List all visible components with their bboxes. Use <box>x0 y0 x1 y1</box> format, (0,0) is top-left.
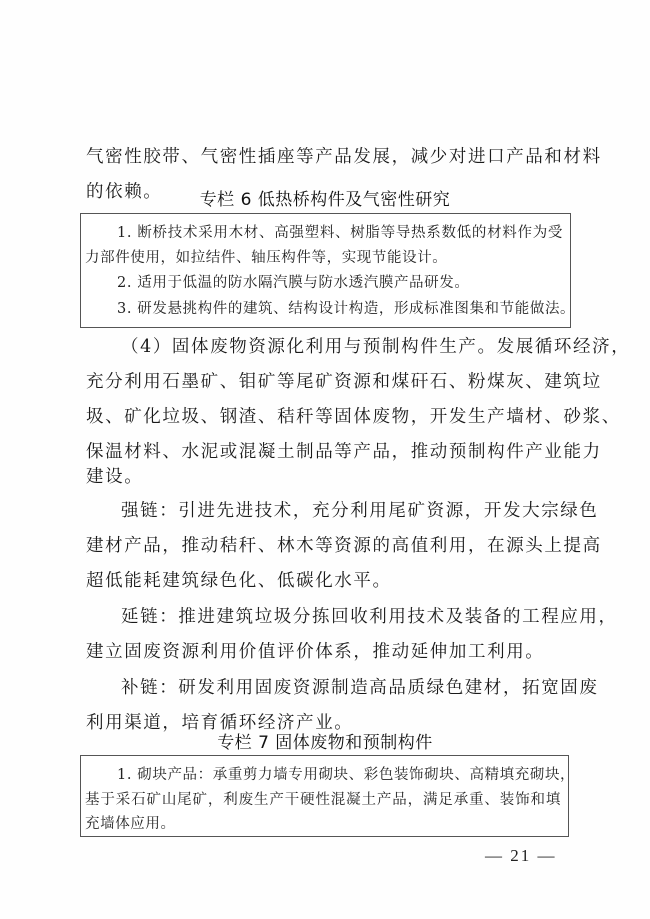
box7-title: 专栏 7 固体废物和预制构件 <box>0 732 650 754</box>
box7-frame: 1. 砌块产品：承重剪力墙专用砌块、彩色装饰砌块、高精填充砌块， 基于采石矿山尾… <box>80 755 569 837</box>
box6-item-3: 3. 研发悬挑构件的建筑、结构设计构造，形成标准图集和节能做法。 <box>117 300 563 318</box>
box6-item-1-line-2: 力部件使用，如拉结件、轴压构件等，实现节能设计。 <box>85 249 447 267</box>
paragraph-line: 气密性胶带、气密性插座等产品发展，减少对进口产品和材料 <box>86 146 566 168</box>
box6-item-2: 2. 适用于低温的防水隔汽膜与防水透汽膜产品研发。 <box>117 274 469 292</box>
page-number: — 21 — <box>485 846 557 866</box>
box7-item-1-line-2: 基于采石矿山尾矿，利废生产干硬性混凝土产品，满足承重、装饰和填 <box>85 791 561 809</box>
box6-item-1-line-1: 1. 断桥技术采用木材、高强塑料、树脂等导热系数低的材料作为受 <box>117 224 563 242</box>
extend-chain-line-1: 延链：推进建筑垃圾分拣回收利用技术及装备的工程应用， <box>121 606 566 628</box>
box7-item-1-line-1: 1. 砌块产品：承重剪力墙专用砌块、彩色装饰砌块、高精填充砌块， <box>117 766 561 784</box>
section4-line-3: 圾、矿化垃圾、钢渣、秸秆等固体废物，开发生产墙材、砂浆、 <box>86 406 566 428</box>
section4-line-5: 建设。 <box>86 466 566 488</box>
box7-item-1-line-3: 充墙体应用。 <box>85 815 176 833</box>
box6-frame: 1. 断桥技术采用木材、高强塑料、树脂等导热系数低的材料作为受 力部件使用，如拉… <box>80 213 571 328</box>
box6-title: 专栏 6 低热桥构件及气密性研究 <box>0 189 650 211</box>
strengthen-chain-line-3: 超低能耗建筑绿色化、低碳化水平。 <box>86 570 566 592</box>
section4-line-4: 保温材料、水泥或混凝土制品等产品，推动预制构件产业能力 <box>86 441 566 463</box>
strengthen-chain-line-2: 建材产品，推动秸秆、林木等资源的高值利用，在源头上提高 <box>86 535 566 557</box>
document-page: 气密性胶带、气密性插座等产品发展，减少对进口产品和材料 的依赖。 专栏 6 低热… <box>0 0 650 919</box>
strengthen-chain-line-1: 强链：引进先进技术，充分利用尾矿资源，开发大宗绿色 <box>121 500 566 522</box>
extend-chain-line-2: 建立固废资源利用价值评价体系，推动延伸加工利用。 <box>86 641 566 663</box>
section4-line-2: 充分利用石墨矿、钼矿等尾矿资源和煤矸石、粉煤灰、建筑垃 <box>86 371 566 393</box>
supplement-chain-line-2: 利用渠道，培育循环经济产业。 <box>86 712 566 734</box>
supplement-chain-line-1: 补链：研发利用固废资源制造高品质绿色建材，拓宽固废 <box>121 677 566 699</box>
section4-line-1: （4）固体废物资源化利用与预制构件生产。发展循环经济， <box>121 336 566 358</box>
